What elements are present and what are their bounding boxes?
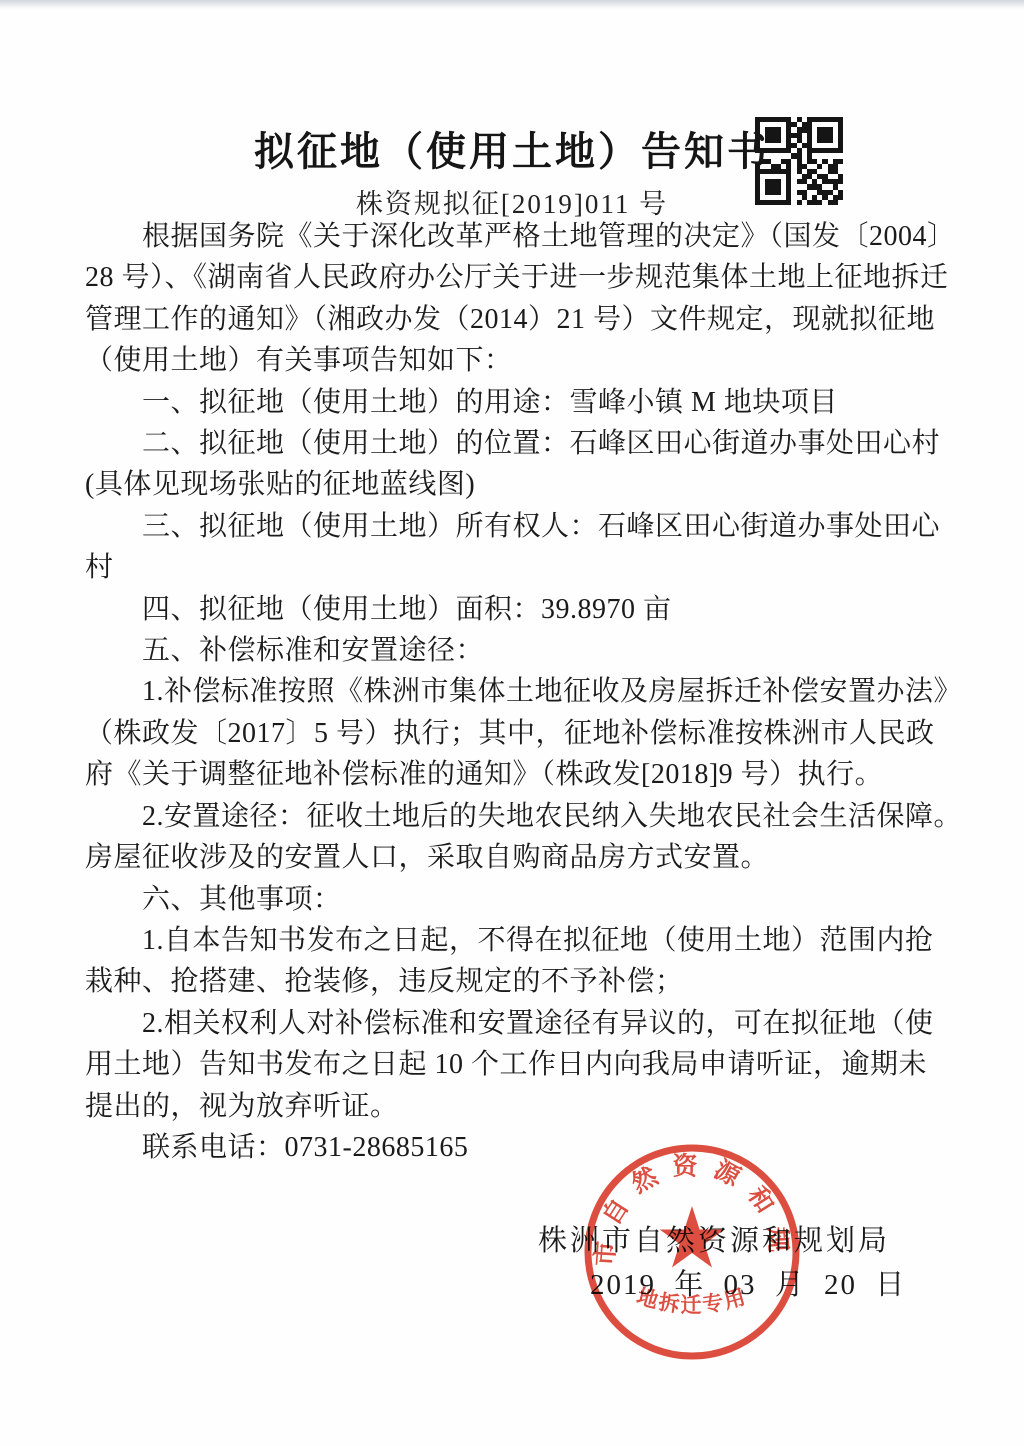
doc-line: (具体见现场张贴的征地蓝线图): [85, 464, 947, 505]
doc-line: 二、拟征地（使用土地）的位置：石峰区田心街道办事处田心村: [85, 423, 947, 464]
document-page: 拟征地（使用土地）告知书 株资规拟征[2019]011 号 根据国务院《关于深化…: [0, 0, 1024, 1446]
doc-line: 1.自本告知书发布之日起，不得在拟征地（使用土地）范围内抢: [85, 920, 947, 961]
doc-body: 根据国务院《关于深化改革严格土地管理的决定》（国发〔2004〕28 号）、《湖南…: [85, 216, 947, 1168]
doc-line: 1.补偿标准按照《株洲市集体土地征收及房屋拆迁补偿安置办法》: [85, 671, 947, 712]
doc-line: 一、拟征地（使用土地）的用途：雪峰小镇 M 地块项目: [85, 382, 947, 423]
doc-line: 2.安置途径：征收土地后的失地农民纳入失地农民社会生活保障。: [85, 796, 947, 837]
doc-line: 六、其他事项：: [85, 879, 947, 920]
doc-line: （株政发〔2017〕5 号）执行；其中，征地补偿标准按株洲市人民政: [85, 713, 947, 754]
qr-module: [838, 200, 843, 205]
doc-line: 联系电话：0731-28685165: [85, 1127, 947, 1168]
doc-line: 2.相关权利人对补偿标准和安置途径有异议的，可在拟征地（使: [85, 1003, 947, 1044]
doc-line: 四、拟征地（使用土地）面积：39.8970 亩: [85, 589, 947, 630]
scan-edge-shadow: [0, 0, 1024, 9]
doc-line: 五、补偿标准和安置途径：: [85, 630, 947, 671]
doc-line: 村: [85, 547, 947, 588]
doc-title: 拟征地（使用土地）告知书: [0, 120, 1024, 177]
doc-line: 府《关于调整征地补偿标准的通知》（株政发[2018]9 号）执行。: [85, 754, 947, 795]
doc-line: 栽种、抢搭建、抢装修，违反规定的不予补偿；: [85, 961, 947, 1002]
signature-date: 2019 年 03 月 20 日: [590, 1262, 906, 1303]
qr-code-icon: [755, 117, 843, 205]
doc-line: （使用土地）有关事项告知如下：: [85, 340, 947, 381]
doc-line: 房屋征收涉及的安置人口，采取自购商品房方式安置。: [85, 837, 947, 878]
doc-line: 根据国务院《关于深化改革严格土地管理的决定》（国发〔2004〕: [85, 216, 947, 257]
signature-agency: 株洲市自然资源和规划局: [538, 1218, 890, 1259]
doc-line: 提出的，视为放弃听证。: [85, 1086, 947, 1127]
doc-line: 管理工作的通知》（湘政办发（2014）21 号）文件规定，现就拟征地: [85, 299, 947, 340]
doc-line: 用土地）告知书发布之日起 10 个工作日内向我局申请听证，逾期未: [85, 1044, 947, 1085]
doc-line: 28 号）、《湖南省人民政府办公厅关于进一步规范集体土地上征地拆迁: [85, 257, 947, 298]
doc-line: 三、拟征地（使用土地）所有权人：石峰区田心街道办事处田心: [85, 506, 947, 547]
